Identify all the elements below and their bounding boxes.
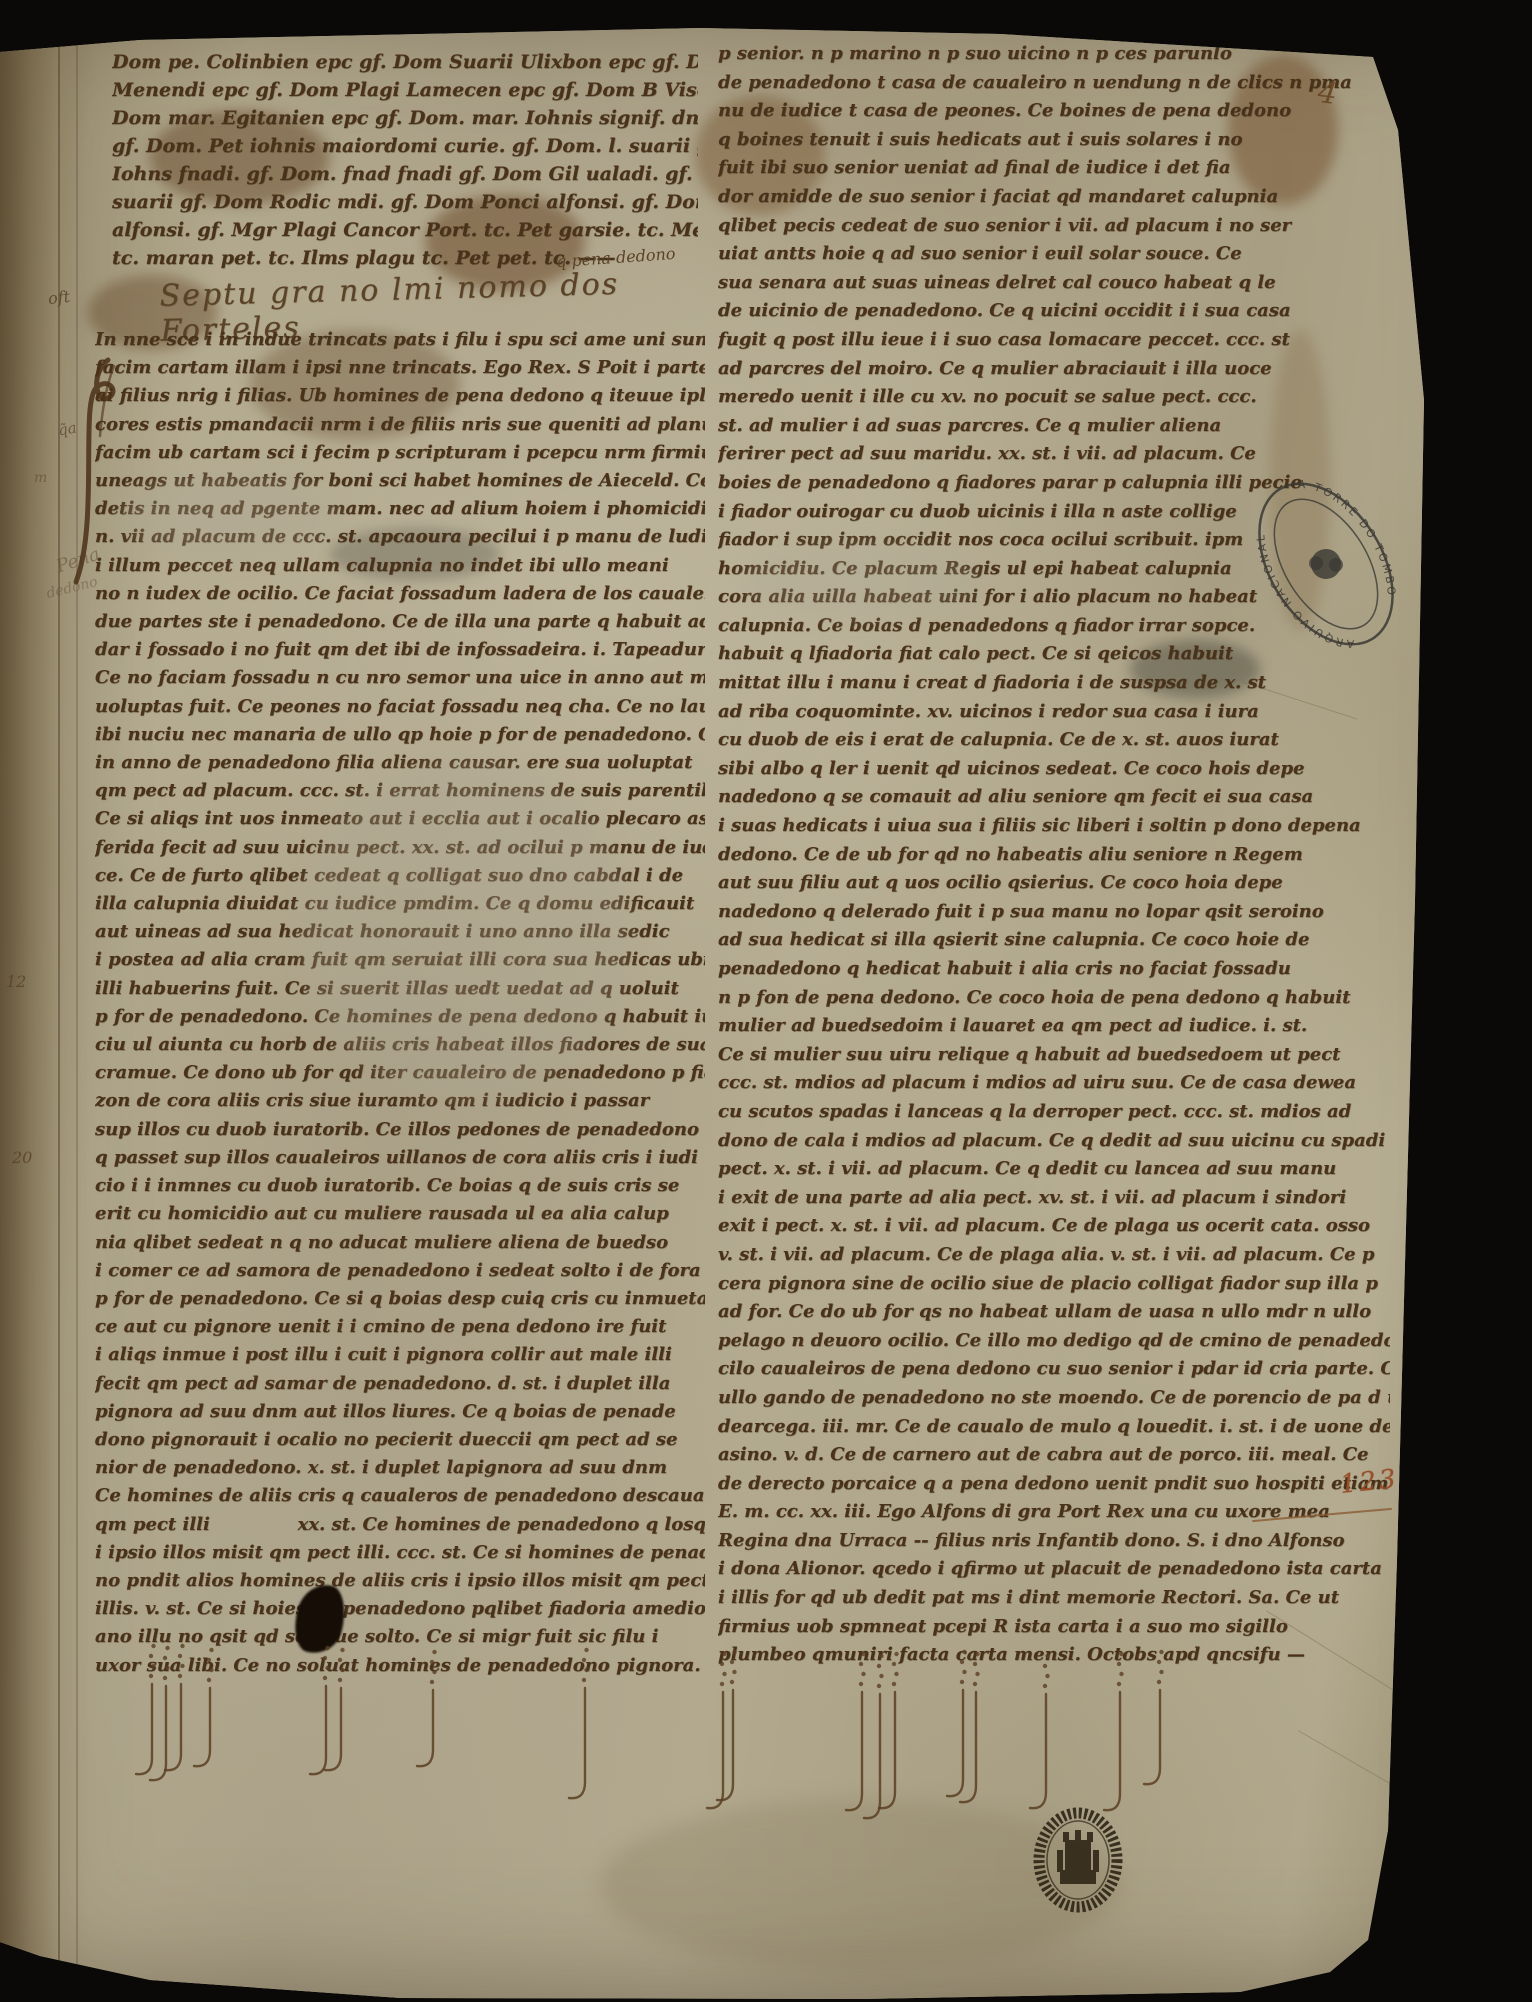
binding-edge [0,0,88,2002]
manuscript-line: cera pignora sine de ocilio siue de plac… [718,1270,1390,1299]
faded-area [600,1800,1120,1970]
manuscript-line: aut suu filiu aut q uos ocilio qsierius.… [718,869,1390,898]
manuscript-line: i dona Alionor. qcedo i qfirmo ut placui… [718,1555,1390,1584]
manuscript-line: fugit q post illu ieue i i suo casa loma… [718,326,1390,355]
manuscript-line: de penadedono t casa de caualeiro n uend… [718,69,1390,98]
manuscript-line: ad sua hedicat si illa qsierit sine calu… [718,926,1390,955]
right-column: p senior. n p marino n p suo uicino n p … [718,40,1390,1670]
manuscript-line: no pndit alios homines de aliis cris i i… [95,1567,705,1595]
flourish-stroke [1030,1694,1046,1808]
manuscript-line: mittat illu i manu i creat d fiadoria i … [718,669,1390,698]
manuscript-line: cilo caualeiros de pena dedono cu suo se… [718,1355,1390,1384]
manuscript-line: i fiador ouirogar cu duob uicinis i illa… [718,498,1390,527]
margin-note: m [34,470,47,486]
manuscript-line: penadedono q hedicat habuit i alia cris … [718,955,1390,984]
witness-list-block: Dom pe. Colinbien epc gf. Dom Suarii Uli… [112,48,698,272]
manuscript-line: p for de penadedono. Ce si q boias desp … [95,1285,705,1313]
manuscript-line: uxor sua libi. Ce no soluat homines de p… [95,1652,705,1680]
margin-note: q̃a [57,419,78,440]
manuscript-line: dearcega. iii. mr. Ce de caualo de mulo … [718,1413,1390,1442]
manuscript-line: i aliqs inmue i post illu i cuit i pigno… [95,1341,705,1369]
witness-line: alfonsi. gf. Mgr Plagi Cancor Port. tc. … [112,216,698,244]
manuscript-line: fecit qm pect ad samar de penadedono. d.… [95,1370,705,1398]
manuscript-line: qm pect illi xx. st. Ce homines de penad… [95,1511,705,1539]
manuscript-line: i ipsio illos misit qm pect illi. ccc. s… [95,1539,705,1567]
witness-line: Menendi epc gf. Dom Plagi Lamecen epc gf… [112,76,698,104]
flourish-stroke [1144,1690,1160,1784]
manuscript-line: erit cu homicidio aut cu muliere rausada… [95,1200,705,1228]
manuscript-line: ad parcres del moiro. Ce q mulier abraci… [718,355,1390,384]
manuscript-line: n p fon de pena dedono. Ce coco hoia de … [718,984,1390,1013]
manuscript-line: exit i pect. x. st. i vii. ad placum. Ce… [718,1212,1390,1241]
manuscript-line: nadedono q se comauit ad aliu seniore qm… [718,783,1390,812]
manuscript-line: nadedono q delerado fuit i p sua manu no… [718,898,1390,927]
flourish-stroke [960,1692,976,1802]
manuscript-line: de uicinio de penadedono. Ce q uicini oc… [718,297,1390,326]
manuscript-line: ullo gando de penadedono no ste moendo. … [718,1384,1390,1413]
manuscript-line: ccc. st. mdios ad placum i mdios ad uiru… [718,1069,1390,1098]
manuscript-line: Ce homines de aliis cris q caualeros de … [95,1482,705,1510]
manuscript-photo: Dom pe. Colinbien epc gf. Dom Suarii Uli… [0,0,1532,2002]
manuscript-line: due partes ste i penadedono. Ce de illa … [95,608,705,636]
witness-line: Iohns fnadi. gf. Dom. fnad fnadi gf. Dom… [112,160,698,188]
manuscript-line: uoluptas fuit. Ce peones no faciat fossa… [95,693,705,721]
manuscript-line: ad for. Ce do ub for qs no habeat ullam … [718,1298,1390,1327]
manuscript-line: dono pignorauit i ocalio no pecierit due… [95,1426,705,1454]
manuscript-line: pect. x. st. i vii. ad placum. Ce q dedi… [718,1155,1390,1184]
flourish-stroke [717,1690,733,1800]
manuscript-line: de derecto porcaice q a pena dedono ueni… [718,1470,1390,1499]
manuscript-line: dor amidde de suo senior i faciat qd man… [718,183,1390,212]
manuscript-line: boies de penadedono q fiadores parar p c… [718,469,1390,498]
manuscript-line: facim cartam illam i ipsi nne trincats. … [95,354,705,382]
manuscript-line: sibi albo q ler i uenit qd uicinos sedea… [718,755,1390,784]
manuscript-line: ce aut cu pignore uenit i i cmino de pen… [95,1313,705,1341]
flourish-stroke [947,1690,963,1796]
margin-note: oft [47,287,71,308]
manuscript-line: sua senara aut suas uineas delret cal co… [718,269,1390,298]
manuscript-line: qlibet pecis cedeat de suo senior i vii.… [718,212,1390,241]
flourish-stroke [417,1690,433,1766]
flourish-stroke [136,1684,152,1774]
manuscript-line: dar i fossado i no fuit qm det ibi de in… [95,636,705,664]
manuscript-line: ibi nuciu nec manaria de ullo qp hoie p … [95,721,705,749]
flourish-stroke [1104,1692,1120,1810]
manuscript-line: cu scutos spadas i lanceas q la derroper… [718,1098,1390,1127]
witness-line: Dom pe. Colinbien epc gf. Dom Suarii Uli… [112,48,698,76]
manuscript-line: facim ub cartam sci i fecim p scripturam… [95,439,705,467]
faded-area [120,470,340,560]
manuscript-line: fuit ibi suo senior ueniat ad final de i… [718,154,1390,183]
manuscript-line: ad riba coquominte. xv. uicinos i redor … [718,698,1390,727]
margin-note: 12 [6,972,26,991]
manuscript-line: asino. v. d. Ce de carnero aut de cabra … [718,1441,1390,1470]
manuscript-line: p senior. n p marino n p suo uicino n p … [718,40,1390,69]
manuscript-line: meredo uenit i ille cu xv. no pocuit se … [718,383,1390,412]
manuscript-line: nia qlibet sedeat n q no aducat muliere … [95,1229,705,1257]
manuscript-line: pignora ad suu dnm aut illos liures. Ce … [95,1398,705,1426]
parchment-page: Dom pe. Colinbien epc gf. Dom Suarii Uli… [0,0,1532,2002]
manuscript-line: no n iudex de ocilio. Ce faciat fossadum… [95,580,705,608]
manuscript-line: cio i i inmnes cu duob iuratorib. Ce boi… [95,1172,705,1200]
manuscript-line: firmius uob spmneat pcepi R ista carta i… [718,1613,1390,1642]
flourish-stroke [879,1692,895,1808]
manuscript-line: ferirer pect ad suu maridu. xx. st. i vi… [718,440,1390,469]
manuscript-line: i suas hedicats i uiua sua i filiis sic … [718,812,1390,841]
flourish-stroke [569,1688,585,1798]
faded-area [740,540,980,620]
witness-line: Dom mar. Egitanien epc gf. Dom. mar. Ioh… [112,104,698,132]
manuscript-line: dono de cala i mdios ad placum. Ce q ded… [718,1127,1390,1156]
flourish-stroke [150,1686,166,1780]
manuscript-line: uiat antts hoie q ad suo senior i euil s… [718,240,1390,269]
manuscript-line: i illis for qd ub dedit pat ms i dint me… [718,1584,1390,1613]
manuscript-line: v. st. i vii. ad placum. Ce de plaga ali… [718,1241,1390,1270]
manuscript-line: dedono. Ce de ub for qd no habeatis aliu… [718,841,1390,870]
manuscript-line: sup illos cu duob iuratorib. Ce illos pe… [95,1116,705,1144]
manuscript-line: E. m. cc. xx. iii. Ego Alfons di gra Por… [718,1498,1390,1527]
manuscript-line: Regina dna Urraca -- filius nris Infanti… [718,1527,1390,1556]
manuscript-line: q boines tenuit i suis hedicats aut i su… [718,126,1390,155]
manuscript-line: i comer ce ad samora de penadedono i sed… [95,1257,705,1285]
flourish-stroke [194,1688,210,1766]
manuscript-line: i exit de una parte ad alia pect. xv. st… [718,1184,1390,1213]
manuscript-line: ai filius nrig i filias. Ub homines de p… [95,382,705,410]
flourish-stroke [165,1684,181,1770]
witness-line: gf. Dom. Pet iohnis maiordomi curie. gf.… [112,132,698,160]
manuscript-line: Ce si mulier suu uiru relique q habuit a… [718,1041,1390,1070]
flourish-stroke [707,1692,723,1808]
manuscript-line: Ce no faciam fossadu n cu nro semor una … [95,664,705,692]
manuscript-line: plumbeo qmuniri facta carta mensi. Octob… [718,1641,1390,1670]
manuscript-line: st. ad mulier i ad suas parcres. Ce q mu… [718,412,1390,441]
manuscript-line: illis. v. st. Ce si hoies de penadedono … [95,1595,705,1623]
faded-area [300,760,630,1100]
manuscript-line: In nne sce i in indue trincats pats i fi… [95,326,705,354]
manuscript-line: cu duob de eis i erat de calupnia. Ce de… [718,726,1390,755]
manuscript-line: mulier ad buedsedoim i lauaret ea qm pec… [718,1012,1390,1041]
manuscript-line: zon de cora aliis cris siue iuramto qm i… [95,1087,705,1115]
manuscript-line: q passet sup illos caualeiros uillanos d… [95,1144,705,1172]
margin-note: 20 [12,1148,32,1167]
fold-crease [76,0,78,2002]
manuscript-line: ano illu no qsit qd se tnue solto. Ce si… [95,1623,705,1651]
flourish-stroke [325,1688,341,1770]
flourish-stroke [310,1686,326,1774]
manuscript-line: cores estis pmandacii nrm i de filiis nr… [95,411,705,439]
witness-line: suarii gf. Dom Rodic mdi. gf. Dom Ponci … [112,188,698,216]
scratch [1298,1730,1402,1791]
manuscript-line: habuit q lfiadoria fiat calo pect. Ce si… [718,640,1390,669]
manuscript-line: pelago n deuoro ocilio. Ce illo mo dedig… [718,1327,1390,1356]
manuscript-line: nu de iudice t casa de peones. Ce boines… [718,97,1390,126]
manuscript-line: nior de penadedono. x. st. i duplet lapi… [95,1454,705,1482]
flourish-stroke [846,1692,862,1810]
